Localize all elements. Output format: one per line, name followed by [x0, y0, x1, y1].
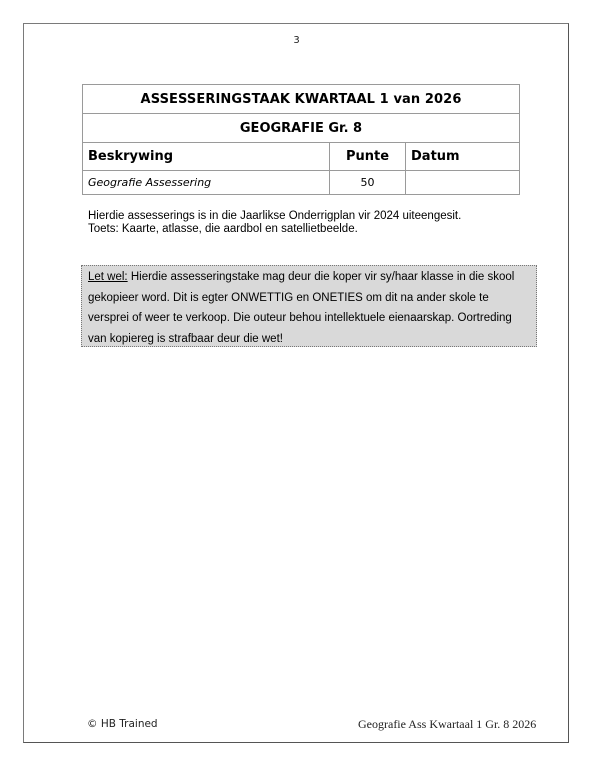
- footer-copyright: © HB Trained: [87, 718, 158, 730]
- copyright-notice-box: Let wel: Hierdie assesseringstake mag de…: [81, 265, 537, 347]
- table-title-row: ASSESSERINGSTAAK KWARTAAL 1 van 2026: [83, 85, 520, 114]
- footer-document-title: Geografie Ass Kwartaal 1 Gr. 8 2026: [358, 717, 536, 732]
- subject-title: GEOGRAFIE Gr. 8: [83, 114, 520, 143]
- header-marks: Punte: [330, 143, 406, 171]
- notice-lead: Let wel:: [88, 271, 128, 283]
- header-date: Datum: [406, 143, 520, 171]
- page-number: 3: [0, 35, 593, 46]
- table-header-row: Beskrywing Punte Datum: [83, 143, 520, 171]
- table-subtitle-row: GEOGRAFIE Gr. 8: [83, 114, 520, 143]
- intro-line: Hierdie assesserings is in die Jaarlikse…: [88, 210, 461, 223]
- cell-description: Geografie Assessering: [83, 171, 330, 195]
- header-description: Beskrywing: [83, 143, 330, 171]
- assessment-task-table: ASSESSERINGSTAAK KWARTAAL 1 van 2026 GEO…: [82, 84, 520, 195]
- cell-marks: 50: [330, 171, 406, 195]
- intro-line: Toets: Kaarte, atlasse, die aardbol en s…: [88, 223, 461, 236]
- intro-text: Hierdie assesserings is in die Jaarlikse…: [88, 210, 461, 236]
- notice-text: Hierdie assesseringstake mag deur die ko…: [88, 271, 514, 345]
- cell-date: [406, 171, 520, 195]
- table-row: Geografie Assessering 50: [83, 171, 520, 195]
- task-title: ASSESSERINGSTAAK KWARTAAL 1 van 2026: [83, 85, 520, 114]
